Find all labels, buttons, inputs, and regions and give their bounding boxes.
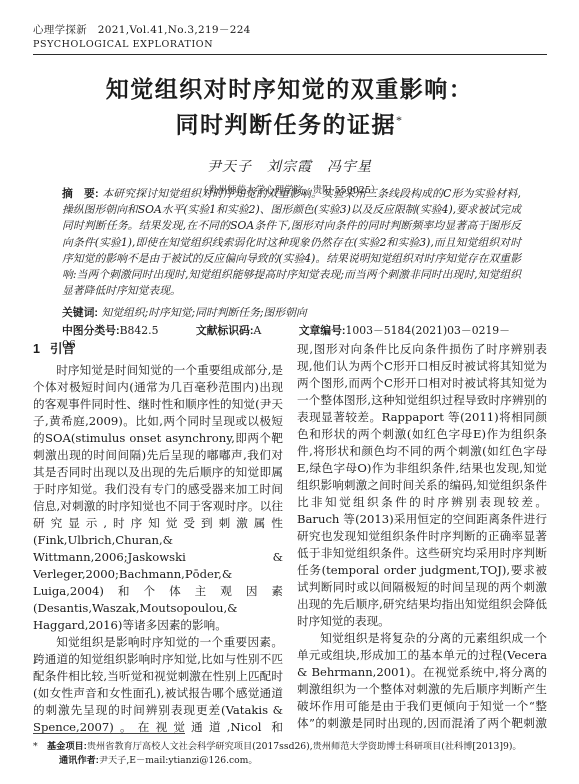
abstract-label: 摘 要:: [62, 188, 99, 200]
corresponding-author-note: 通讯作者:尹天子,E－mail:ytianzi@126.com。: [33, 754, 547, 768]
funding-text: 贵州省教育厅高校人文社会科学研究项目(2017ssd26),贵州师范大学资助博士…: [87, 741, 522, 752]
section-heading-introduction: 1引言: [33, 341, 283, 358]
journal-header: 心理学探新 2021,Vol.41,No.3,219－224 PSYCHOLOG…: [33, 22, 547, 55]
keywords-text: 知觉组织;时序知觉;同时判断任务;图形朝向: [101, 306, 306, 319]
header-divider: [33, 54, 547, 55]
authors: 尹天子 刘宗霞 冯宇星: [40, 156, 539, 176]
section-number: 1: [33, 342, 40, 356]
document-code: 文献标识码:A: [196, 324, 261, 337]
keywords-label: 关键词:: [62, 307, 98, 319]
right-column: 现,图形对向条件比反向条件损伤了时序辨别表现,他们认为两个C形开口相反时被试将其…: [297, 341, 547, 733]
footnote-marker: *: [33, 740, 47, 754]
abstract: 摘 要: 本研究探讨知觉组织对时序知觉的双重影响。实验采用三条线段构成的C形为实…: [62, 186, 521, 299]
body-two-columns: 1引言 时序知觉是时间知觉的一个重要组成部分,是个体对极短时间内(通常为几百毫秒…: [33, 341, 547, 733]
journal-citation-line: 心理学探新 2021,Vol.41,No.3,219－224: [33, 22, 547, 37]
abstract-text: 本研究探讨知觉组织对时序知觉的双重影响。实验采用三条线段构成的C形为实验材料,操…: [62, 187, 521, 297]
clc-number: 中图分类号:B842.5: [62, 324, 158, 337]
paragraph: 知觉组织是将复杂的分离的元素组织成一个单元或组块,形成加工的基本单元的过程(Ve…: [297, 630, 547, 733]
corresponding-author-label: 通讯作者:: [59, 755, 99, 765]
paragraph: 现,图形对向条件比反向条件损伤了时序辨别表现,他们认为两个C形开口相反时被试将其…: [297, 341, 547, 630]
paragraph: 时序知觉是时间知觉的一个重要组成部分,是个体对极短时间内(通常为几百毫秒范围内)…: [33, 362, 283, 634]
paper-title-line2: 同时判断任务的证据*: [40, 105, 539, 141]
footnote-divider: [33, 733, 185, 734]
paper-title-line2-text: 同时判断任务的证据: [176, 113, 397, 138]
funding-note: *基金项目:贵州省教育厅高校人文社会科学研究项目(2017ssd26),贵州师范…: [33, 740, 547, 754]
journal-name-english: PSYCHOLOGICAL EXPLORATION: [33, 39, 547, 50]
title-footnote-asterisk: *: [396, 113, 404, 127]
title-block: 知觉组织对时序知觉的双重影响： 同时判断任务的证据* 尹天子 刘宗霞 冯宇星 （…: [40, 74, 539, 196]
paper-page: 心理学探新 2021,Vol.41,No.3,219－224 PSYCHOLOG…: [0, 0, 579, 784]
keywords-line: 关键词: 知觉组织;时序知觉;同时判断任务;图形朝向: [62, 305, 521, 320]
footnote-block: *基金项目:贵州省教育厅高校人文社会科学研究项目(2017ssd26),贵州师范…: [33, 733, 547, 767]
paper-title-line1: 知觉组织对时序知觉的双重影响：: [40, 74, 539, 105]
section-title: 引言: [50, 342, 75, 356]
corresponding-author-text: 尹天子,E－mail:ytianzi@126.com。: [99, 755, 258, 766]
funding-label: 基金项目:: [47, 741, 87, 751]
paragraph: 知觉组织是影响时序知觉的一个重要因素。跨通道的知觉组织影响时序知觉,比如与性别不…: [33, 634, 283, 733]
left-column: 1引言 时序知觉是时间知觉的一个重要组成部分,是个体对极短时间内(通常为几百毫秒…: [33, 341, 283, 733]
